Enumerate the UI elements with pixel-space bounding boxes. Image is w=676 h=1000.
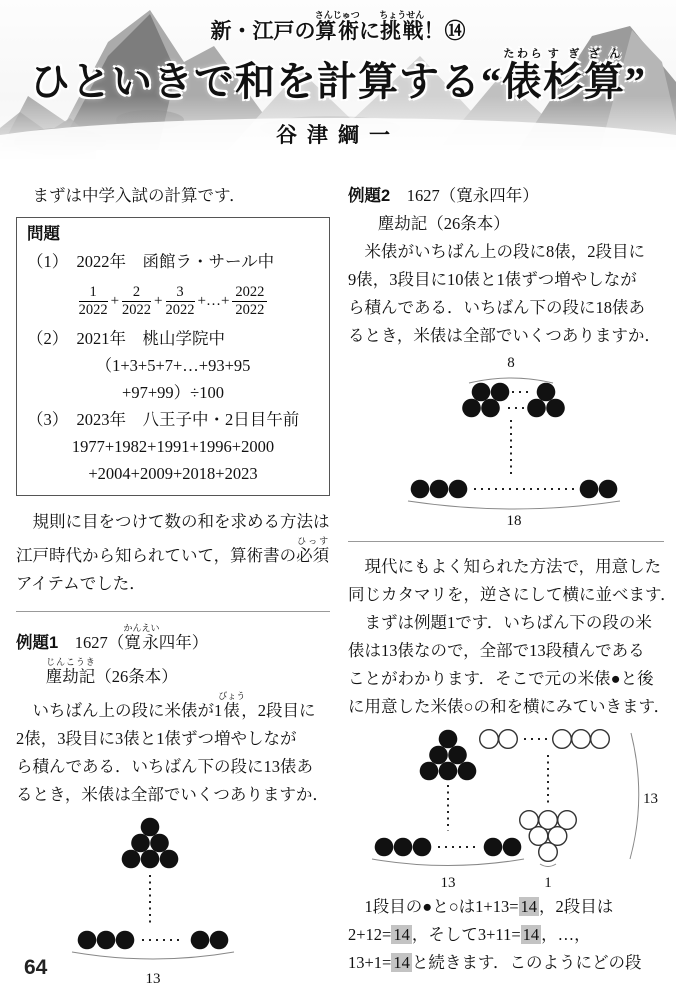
paragraph-line: 俵は13俵なので，全部で13段積んである xyxy=(348,637,664,665)
bottom-brace-arc xyxy=(72,952,234,959)
title-kanji-zan: 算ざん xyxy=(584,59,625,104)
paragraph-line: 現代にもよく知られた方法で，用意した xyxy=(348,553,664,581)
paragraph-line: 規則に目をつけて数の和を求める方法は xyxy=(16,508,330,536)
example1-text-line3: ら積んである．いちばん下の段に13俵あ xyxy=(16,753,330,781)
example2-text-line4: るとき，米俵は全部でいくつありますか． xyxy=(348,322,664,350)
black-bale-circles-bottom xyxy=(411,480,618,499)
highlighted-sum: 14 xyxy=(519,897,540,916)
page-number: 64 xyxy=(24,956,47,980)
black-pyramid-circles xyxy=(420,730,477,781)
black-bale-circles xyxy=(78,818,229,950)
paragraph-line: 同じカタマリを，逆さにして横に並べます． xyxy=(348,581,664,609)
example2-heading: 例題2 1627（寛永四年） xyxy=(348,182,664,210)
ruby-hissu: 必須ひっす xyxy=(296,546,329,565)
problem-3-label: （3） 2023年 八王子中・2日目午前 xyxy=(27,406,319,433)
paragraph-line: 江戸時代から知られていて，算術書の必須ひっす xyxy=(16,536,330,570)
example2-label: 例題2 xyxy=(348,187,390,205)
series-number: ！⑭ xyxy=(424,20,466,43)
paragraph-line: ことがわかります．そこで元の米俵●と後 xyxy=(348,665,664,693)
ruby-jinkouki: 塵劫記じんこうき xyxy=(46,667,96,686)
paragraph-line: に用意した米俵○の和を横にみていきます． xyxy=(348,693,664,721)
series-pre: 新・江戸の xyxy=(210,20,315,43)
section-divider xyxy=(348,541,664,542)
paragraph-line: まずは例題1です．いちばん下の段の米 xyxy=(348,609,664,637)
white-bale-top-row xyxy=(480,730,610,749)
diagram3-white-bottom-count: 1 xyxy=(544,875,552,891)
combined-pyramids-diagram: 13 1 13 xyxy=(348,725,664,893)
problem-3-expression-line2: +2004+2009+2018+2023 xyxy=(27,460,319,487)
highlighted-sum: 14 xyxy=(391,953,412,972)
title-kanji-tawara: 俵たわら xyxy=(502,59,543,104)
fraction-term-1: 12022 xyxy=(79,284,108,318)
problem-box-heading: 問題 xyxy=(27,221,319,248)
problem-2-expression-line2: +97+99）÷100 xyxy=(27,379,319,406)
series-word-chousen: 挑戦ちょうせん xyxy=(380,20,424,43)
problem-3-expression-line1: 1977+1982+1991+1996+2000 xyxy=(27,433,319,460)
problem-2-label: （2） 2021年 桃山学院中 xyxy=(27,325,319,352)
white-bottom-brace-arc xyxy=(540,864,556,867)
paragraph-line: アイテムでした． xyxy=(16,570,330,598)
series-word-sanjutsu: 算術さんじゅつ xyxy=(315,20,359,43)
example2-source: 塵劫記（26条本） xyxy=(348,210,664,238)
diagram2-bottom-count: 18 xyxy=(507,513,522,528)
example1-label: 例題1 xyxy=(16,634,58,652)
ellipsis-plus: +…+ xyxy=(198,293,230,310)
magazine-page: 新・江戸の算術さんじゅつに挑戦ちょうせん！⑭ ひといきで和を計算する“俵たわら杉… xyxy=(0,0,676,1000)
ruby-kanei: 寛永かんえい xyxy=(124,633,159,652)
diagram3-black-bottom-count: 13 xyxy=(441,875,456,891)
conclusion-line3: 13+1=14と続きます．このようにどの段 xyxy=(348,949,664,977)
example1-heading: 例題1 1627（寛永かんえい四年） xyxy=(16,623,330,657)
author-name: 谷津綱一 xyxy=(0,119,676,149)
black-bottom-brace-arc xyxy=(372,859,524,866)
problem-box: 問題 （1） 2022年 函館ラ・サール中 12022 + 22022 + 32… xyxy=(16,217,330,496)
black-bale-circles xyxy=(462,383,565,418)
bottom-brace-arc xyxy=(408,501,620,509)
example1-source: 塵劫記じんこうき（26条本） xyxy=(16,657,330,691)
black-bale-bottom-row xyxy=(375,838,522,857)
intro-line: まずは中学入試の計算です． xyxy=(16,182,330,210)
example1-text-line2: 2俵，3段目に3俵と1俵ずつ増やしなが xyxy=(16,725,330,753)
fraction-term-3: 32022 xyxy=(166,284,195,318)
example2-text-line1: 米俵がいちばん上の段に8俵，2段目に xyxy=(348,238,664,266)
problem-2-expression-line1: （1+3+5+7+…+93+95 xyxy=(27,352,319,379)
section-divider xyxy=(16,611,330,612)
problem-1-expression: 12022 + 22022 + 32022 +…+ 20222022 xyxy=(27,284,319,318)
page-title: ひといきで和を計算する“俵たわら杉すぎ算ざん” xyxy=(0,48,676,107)
right-side-brace-arc xyxy=(630,733,639,859)
diagram2-top-count: 8 xyxy=(507,355,515,371)
white-inverted-pyramid-circles xyxy=(520,811,577,862)
example1-text-line4: るとき，米俵は全部でいくつありますか． xyxy=(16,781,330,809)
highlighted-sum: 14 xyxy=(391,925,412,944)
fraction-term-4: 20222022 xyxy=(232,284,267,318)
example1-pyramid-diagram: 13 xyxy=(16,813,330,989)
fraction-term-2: 22022 xyxy=(122,284,151,318)
diagram3-side-count: 13 xyxy=(643,791,658,807)
conclusion-line2: 2+12=14，そして3+11=14，…， xyxy=(348,921,664,949)
example1-text-line1: いちばん上の段に米俵が1俵びょう，2段目に xyxy=(16,691,330,725)
example2-stack-diagram: 8 18 xyxy=(348,354,664,528)
ruby-hyou: 俵びょう xyxy=(222,701,241,720)
title-kanji-sugi: 杉すぎ xyxy=(543,59,584,104)
plus-sign: + xyxy=(111,293,119,310)
header-banner: 新・江戸の算術さんじゅつに挑戦ちょうせん！⑭ ひといきで和を計算する“俵たわら杉… xyxy=(0,0,676,165)
conclusion-line1: 1段目の●と○は1+13=14，2段目は xyxy=(348,893,664,921)
right-column: 例題2 1627（寛永四年） 塵劫記（26条本） 米俵がいちばん上の段に8俵，2… xyxy=(348,182,664,977)
left-column: まずは中学入試の計算です． 問題 （1） 2022年 函館ラ・サール中 1202… xyxy=(16,182,330,989)
top-brace-arc xyxy=(469,378,553,383)
diagram1-bottom-count: 13 xyxy=(146,971,161,987)
example2-text-line2: 9俵，3段目に10俵と1俵ずつ増やしなが xyxy=(348,266,664,294)
example2-text-line3: ら積んである．いちばん下の段に18俵あ xyxy=(348,294,664,322)
highlighted-sum: 14 xyxy=(521,925,542,944)
series-title: 新・江戸の算術さんじゅつに挑戦ちょうせん！⑭ xyxy=(0,10,676,45)
problem-1-label: （1） 2022年 函館ラ・サール中 xyxy=(27,248,319,275)
plus-sign: + xyxy=(154,293,162,310)
